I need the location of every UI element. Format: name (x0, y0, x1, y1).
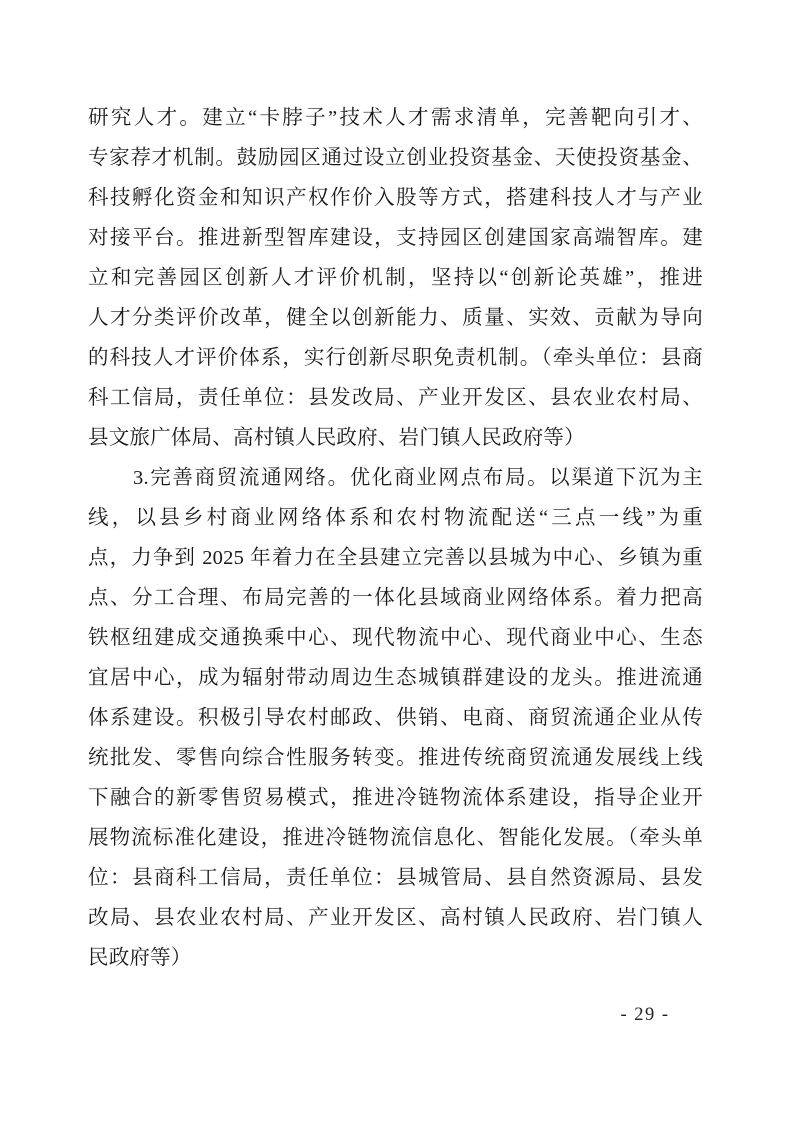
text-line: 对接平台。推进新型智库建设，支持园区创建国家高端智库。建 (88, 218, 703, 258)
text-line: 位：县商科工信局，责任单位：县城管局、县自然资源局、县发 (88, 858, 703, 898)
paragraph-commerce-network: 3.完善商贸流通网络。优化商业网点布局。以渠道下沉为主 线，以县乡村商业网络体系… (88, 458, 703, 978)
text-line: 专家荐才机制。鼓励园区通过设立创业投资基金、天使投资基金、 (88, 138, 703, 178)
text-line: 科技孵化资金和知识产权作价入股等方式，搭建科技人才与产业 (88, 178, 703, 218)
text-line: 下融合的新零售贸易模式，推进冷链物流体系建设，指导企业开 (88, 778, 703, 818)
text-line: 统批发、零售向综合性服务转变。推进传统商贸流通发展线上线 (88, 738, 703, 778)
text-line: 立和完善园区创新人才评价机制，坚持以“创新论英雄”，推进 (88, 258, 703, 298)
text-line: 民政府等） (88, 938, 703, 978)
text-line: 3.完善商贸流通网络。优化商业网点布局。以渠道下沉为主 (88, 458, 703, 498)
text-line: 县文旅广体局、高村镇人民政府、岩门镇人民政府等） (88, 418, 703, 458)
text-line: 线，以县乡村商业网络体系和农村物流配送“三点一线”为重 (88, 498, 703, 538)
text-line: 改局、县农业农村局、产业开发区、高村镇人民政府、岩门镇人 (88, 898, 703, 938)
text-line: 研究人才。建立“卡脖子”技术人才需求清单，完善靶向引才、 (88, 98, 703, 138)
page-number: - 29 - (595, 1003, 695, 1027)
text-line: 人才分类评价改革，健全以创新能力、质量、实效、贡献为导向 (88, 298, 703, 338)
text-line: 的科技人才评价体系，实行创新尽职免责机制。（牵头单位：县商 (88, 338, 703, 378)
text-line: 宜居中心，成为辐射带动周边生态城镇群建设的龙头。推进流通 (88, 658, 703, 698)
text-line: 展物流标准化建设，推进冷链物流信息化、智能化发展。（牵头单 (88, 818, 703, 858)
document-page: 研究人才。建立“卡脖子”技术人才需求清单，完善靶向引才、 专家荐才机制。鼓励园区… (0, 0, 793, 1122)
text-line: 点，力争到 2025 年着力在全县建立完善以县城为中心、乡镇为重 (88, 538, 703, 578)
text-line: 点、分工合理、布局完善的一体化县域商业网络体系。着力把高 (88, 578, 703, 618)
text-line: 科工信局，责任单位：县发改局、产业开发区、县农业农村局、 (88, 378, 703, 418)
text-line: 铁枢纽建成交通换乘中心、现代物流中心、现代商业中心、生态 (88, 618, 703, 658)
paragraph-talent: 研究人才。建立“卡脖子”技术人才需求清单，完善靶向引才、 专家荐才机制。鼓励园区… (88, 98, 703, 458)
text-line: 体系建设。积极引导农村邮政、供销、电商、商贸流通企业从传 (88, 698, 703, 738)
document-body: 研究人才。建立“卡脖子”技术人才需求清单，完善靶向引才、 专家荐才机制。鼓励园区… (88, 98, 703, 978)
